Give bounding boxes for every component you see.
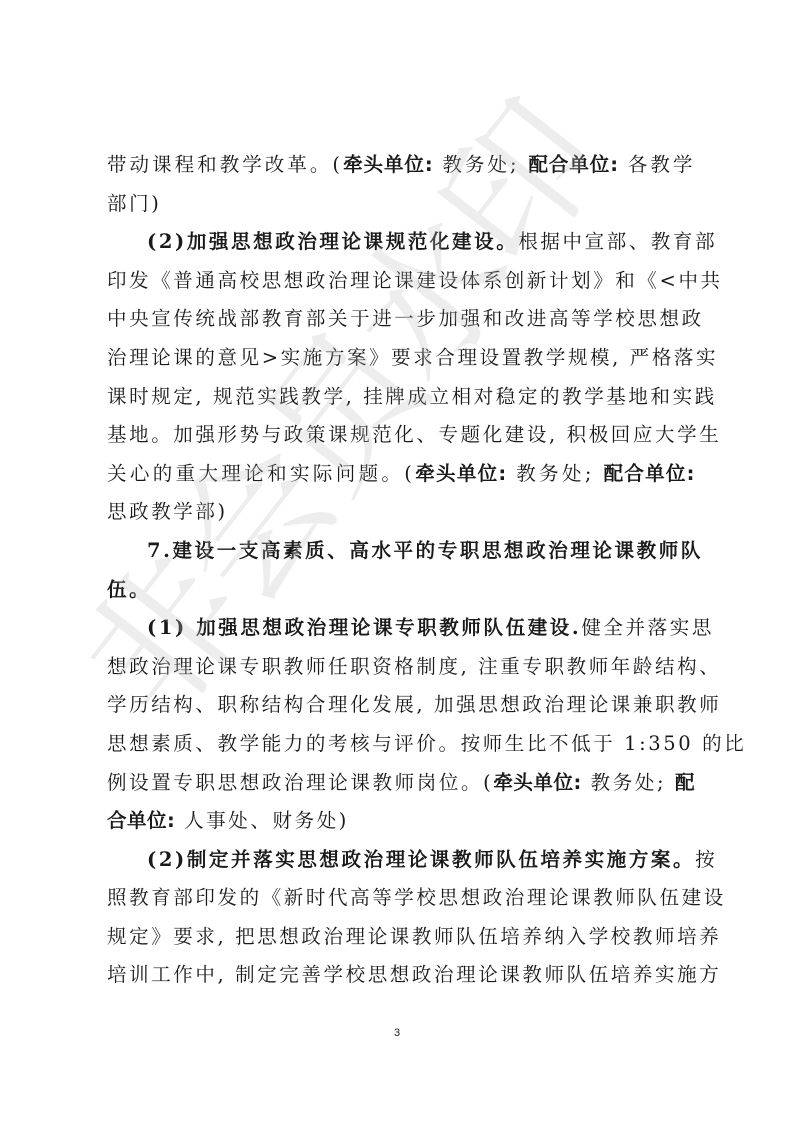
text-line: 想政治理论课专职教师任职资格制度, 注重专职教师年龄结构、 xyxy=(107,648,695,687)
support-unit-value: 各教学 xyxy=(619,153,695,176)
text-run: 学历结构、职称结构合理化发展, 加强思想政治理论课兼职教师 xyxy=(107,693,721,716)
text-line: 例设置专职思想政治理论课教师岗位。(牵头单位: 教务处; 配 xyxy=(107,764,695,803)
subsection-heading: (2)制定并落实思想政治理论课教师队伍培养实施方案。 xyxy=(147,848,695,871)
support-unit-label: 配合单位: xyxy=(604,462,695,485)
text-line: 中央宣传统战部教育部关于进一步加强和改进高等学校思想政 xyxy=(107,300,695,339)
support-unit-label: 合单位: xyxy=(107,809,175,832)
support-unit-value: 人事处、财务处) xyxy=(175,809,349,832)
text-run: 照教育部印发的《新时代高等学校思想政治理论课教师队伍建设 xyxy=(107,886,726,909)
page-number: 3 xyxy=(0,1027,794,1039)
text-run: 健全并落实思 xyxy=(581,616,714,639)
body-text: 带动课程和教学改革。(牵头单位: 教务处; 配合单位: 各教学 部门) (2)加… xyxy=(107,146,695,995)
text-line: 照教育部印发的《新时代高等学校思想政治理论课教师队伍建设 xyxy=(107,879,695,918)
text-run: 按 xyxy=(695,848,717,871)
text-run: 部门) xyxy=(107,192,161,215)
text-run: 带动课程和教学改革。( xyxy=(107,153,343,176)
lead-unit-label: 牵头单位: xyxy=(493,771,581,794)
subsection-heading: (2)加强思想政治理论课规范化建设。 xyxy=(147,230,518,253)
lead-unit-value: 教务处; xyxy=(582,771,675,794)
subsection-heading-line: (1) 加强思想政治理论课专职教师队伍建设.健全并落实思 xyxy=(107,609,695,648)
text-run: 中央宣传统战部教育部关于进一步加强和改进高等学校思想政 xyxy=(107,307,704,330)
subsection-heading: (1) 加强思想政治理论课专职教师队伍建设. xyxy=(147,616,581,639)
lead-unit-value: 教务处; xyxy=(507,462,604,485)
text-line: 思政教学部) xyxy=(107,493,695,532)
text-run: 印发《普通高校思想政治理论课建设体系创新计划》和《<中共 xyxy=(107,269,723,292)
section-heading: 7.建设一支高素质、高水平的专职思想政治理论课教师队 xyxy=(147,539,703,562)
lead-unit-label: 牵头单位: xyxy=(343,153,434,176)
text-line: 课时规定, 规范实践教学, 挂牌成立相对稳定的教学基地和实践 xyxy=(107,378,695,417)
text-run: 治理论课的意见>实施方案》要求合理设置教学规模, 严格落实 xyxy=(107,346,718,369)
section-heading-line: 7.建设一支高素质、高水平的专职思想政治理论课教师队 xyxy=(107,532,695,571)
subsection-heading-line: (2)加强思想政治理论课规范化建设。根据中宣部、教育部 xyxy=(107,223,695,262)
lead-unit-value: 教务处; xyxy=(433,153,528,176)
text-line: 规定》要求, 把思想政治理论课教师队伍培养纳入学校教师培养 xyxy=(107,918,695,957)
document-page: 带动课程和教学改革。(牵头单位: 教务处; 配合单位: 各教学 部门) (2)加… xyxy=(0,0,794,1123)
text-run: 规定》要求, 把思想政治理论课教师队伍培养纳入学校教师培养 xyxy=(107,925,721,948)
support-unit-label: 配合单位: xyxy=(528,153,618,176)
text-run: 根据中宣部、教育部 xyxy=(518,230,717,253)
text-line: 合单位: 人事处、财务处) xyxy=(107,802,695,841)
text-run: 基地。加强形势与政策课规范化、专题化建设, 积极回应大学生 xyxy=(107,423,721,446)
text-line: 思想素质、教学能力的考核与评价。按师生比不低于 1:350 的比 xyxy=(107,725,695,764)
text-run: 想政治理论课专职教师任职资格制度, 注重专职教师年龄结构、 xyxy=(107,655,721,678)
text-line: 带动课程和教学改革。(牵头单位: 教务处; 配合单位: 各教学 xyxy=(107,146,695,185)
text-line: 印发《普通高校思想政治理论课建设体系创新计划》和《<中共 xyxy=(107,262,695,301)
text-run: 课时规定, 规范实践教学, 挂牌成立相对稳定的教学基地和实践 xyxy=(107,385,717,408)
text-run: 培训工作中, 制定完善学校思想政治理论课教师队伍培养实施方 xyxy=(107,963,721,986)
text-run: 例设置专职思想政治理论课教师岗位。( xyxy=(107,771,493,794)
support-unit-value: 思政教学部) xyxy=(107,500,228,523)
text-line: 基地。加强形势与政策课规范化、专题化建设, 积极回应大学生 xyxy=(107,416,695,455)
text-line: 部门) xyxy=(107,185,695,224)
lead-unit-label: 牵头单位: xyxy=(415,462,507,485)
section-heading: 伍。 xyxy=(107,578,151,601)
subsection-heading-line: (2)制定并落实思想政治理论课教师队伍培养实施方案。按 xyxy=(107,841,695,880)
section-heading-line: 伍。 xyxy=(107,571,695,610)
text-line: 学历结构、职称结构合理化发展, 加强思想政治理论课兼职教师 xyxy=(107,686,695,725)
text-line: 治理论课的意见>实施方案》要求合理设置教学规模, 严格落实 xyxy=(107,339,695,378)
text-run: 思想素质、教学能力的考核与评价。按师生比不低于 1:350 的比 xyxy=(107,732,746,755)
text-run: 关心的重大理论和实际问题。( xyxy=(107,462,415,485)
support-unit-label: 配 xyxy=(675,771,695,794)
text-line: 关心的重大理论和实际问题。(牵头单位: 教务处; 配合单位: xyxy=(107,455,695,494)
text-line: 培训工作中, 制定完善学校思想政治理论课教师队伍培养实施方 xyxy=(107,956,695,995)
